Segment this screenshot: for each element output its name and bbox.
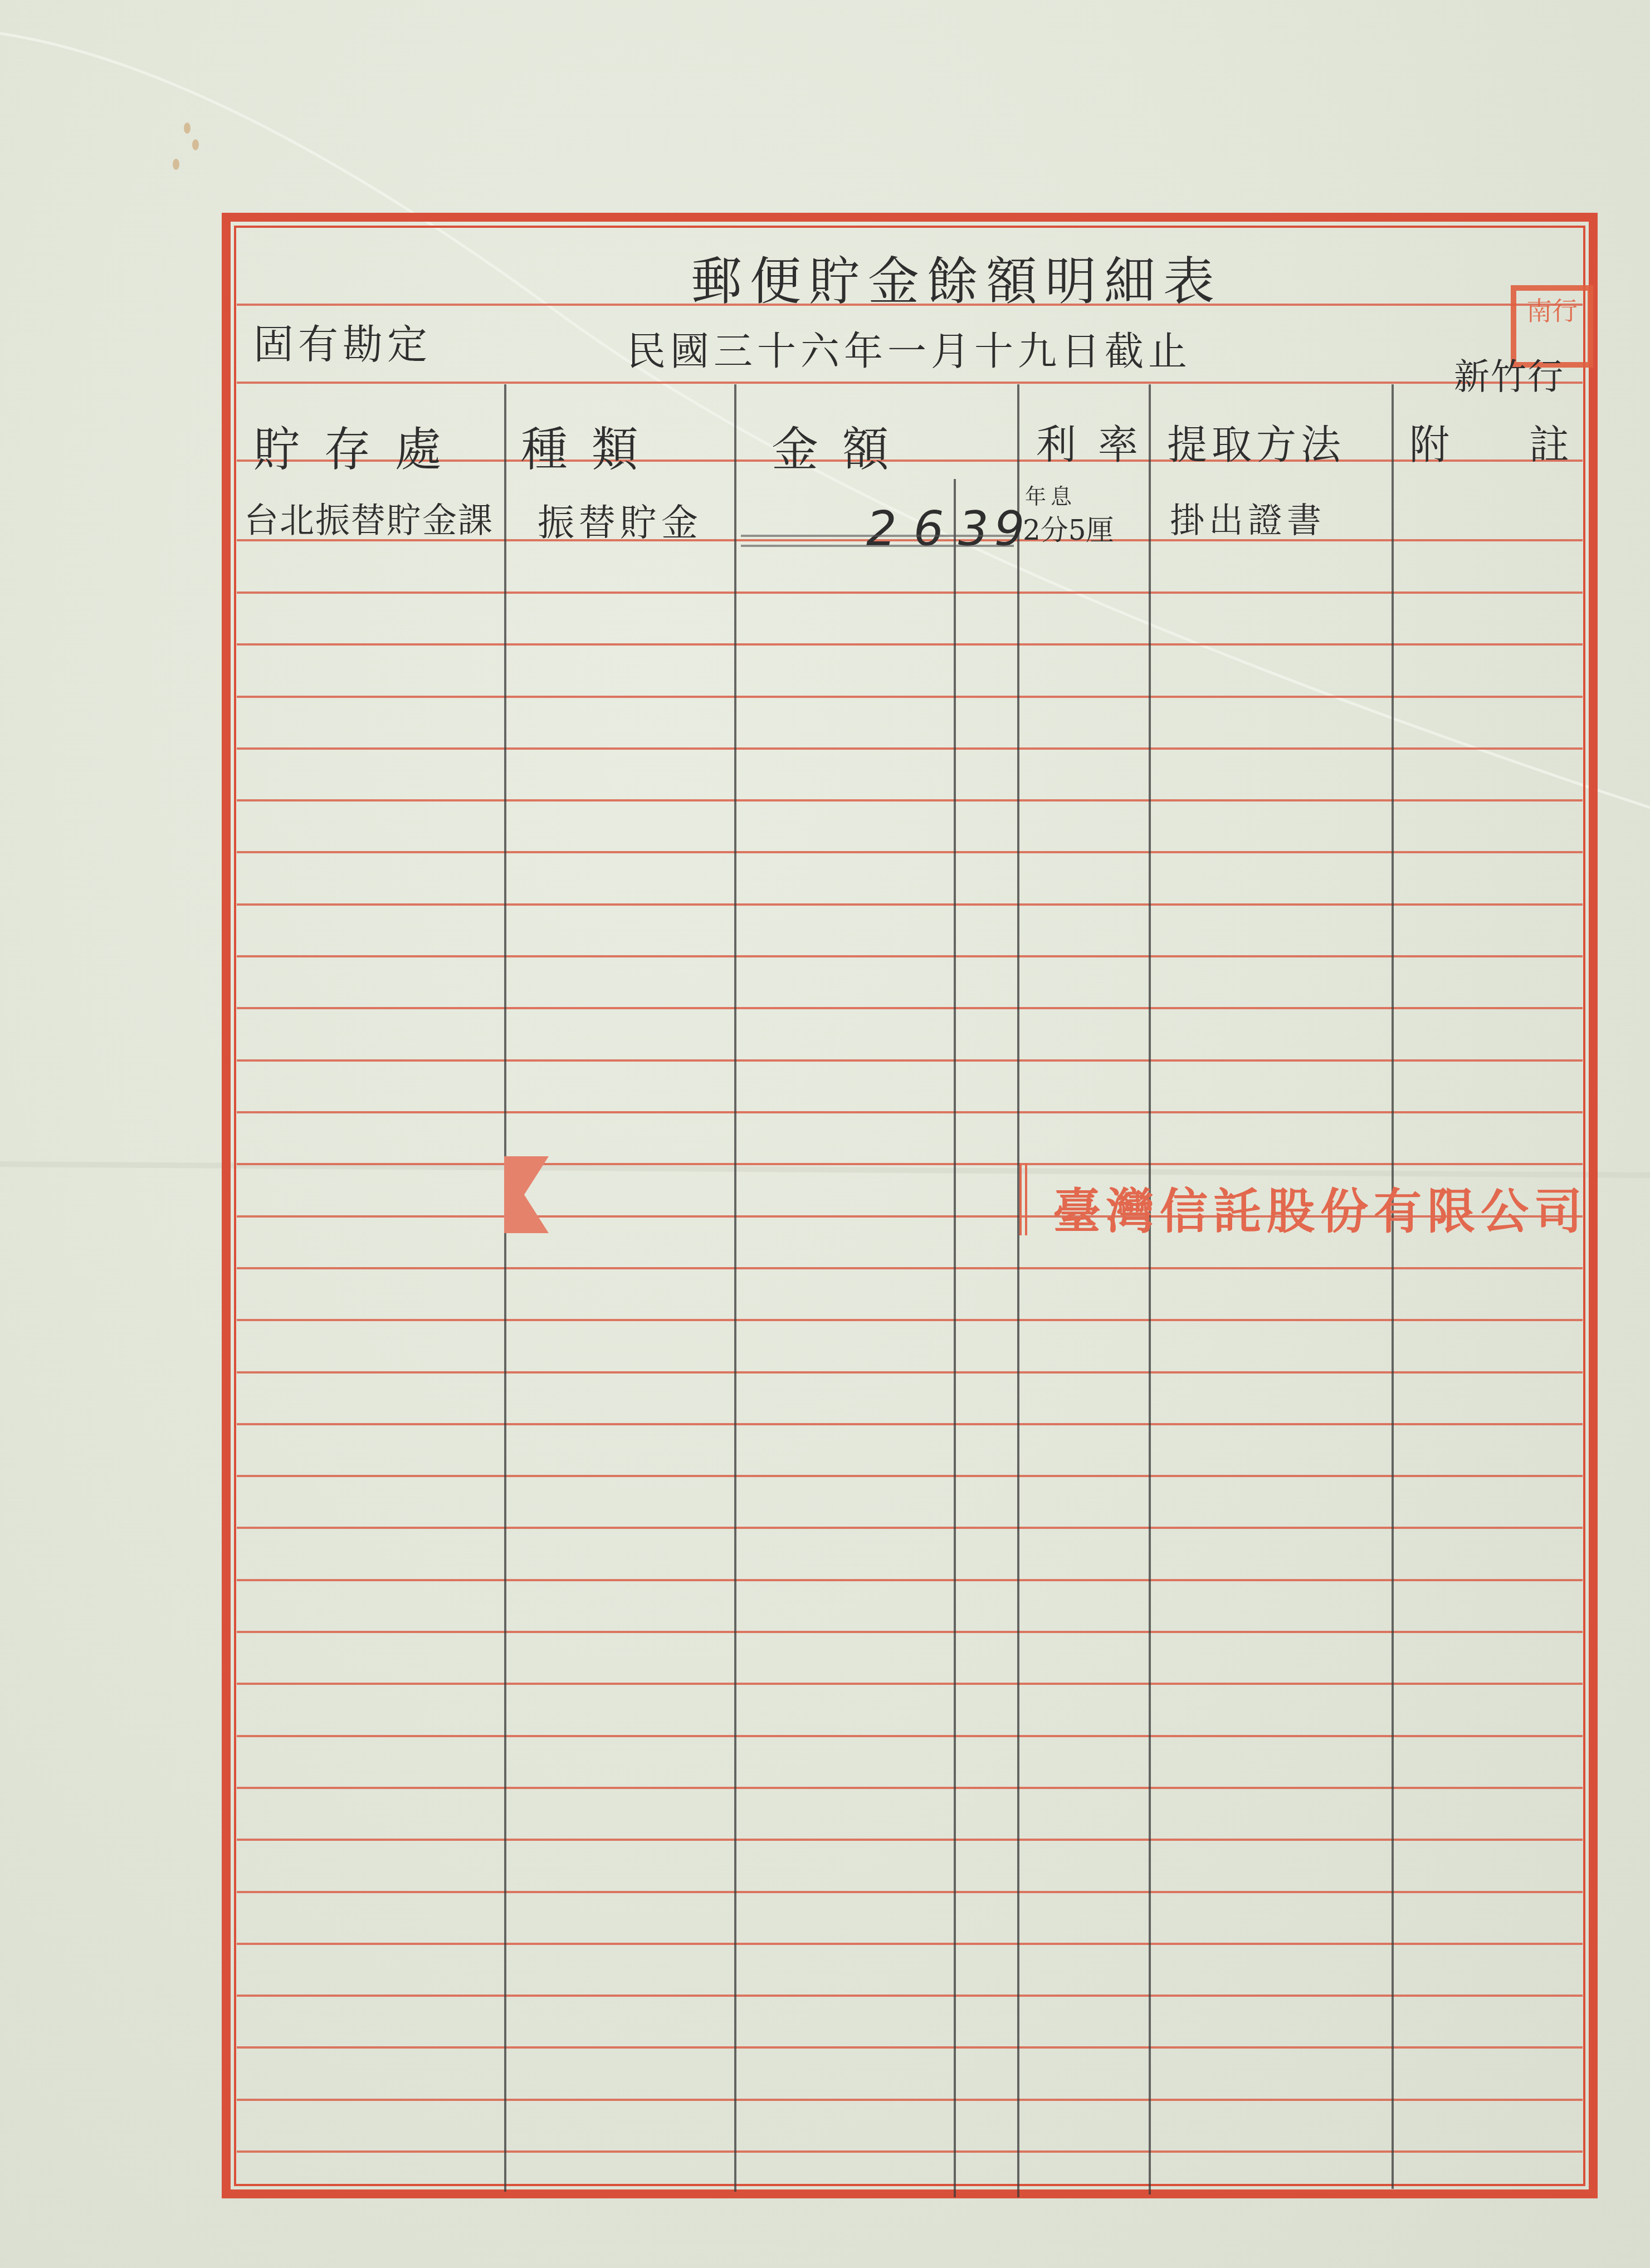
ruled-line (237, 1735, 1583, 1737)
ruled-line (237, 1891, 1583, 1893)
ruled-line (237, 2046, 1583, 2049)
ruled-line (237, 1579, 1583, 1581)
column-divider-rate (1149, 384, 1151, 2194)
ruled-line (237, 1839, 1583, 1841)
ruled-line (237, 747, 1583, 750)
ruled-line (237, 851, 1583, 853)
ruled-line (237, 1943, 1583, 1945)
ruled-line (237, 2099, 1583, 2101)
amount-double-underline (741, 535, 1014, 547)
date-line: 民國三十六年一月十九日截止 (627, 320, 1192, 377)
rust-stain (173, 159, 179, 170)
rust-stain (184, 123, 191, 134)
branch-signature: 新竹行 (1454, 348, 1564, 399)
cell-withdrawal: 掛出證書 (1170, 493, 1326, 542)
imprint-bracket (1019, 1163, 1027, 1235)
ruled-line (237, 903, 1583, 906)
header-type: 種 類 (521, 412, 643, 480)
column-divider-withdrawal (1392, 384, 1394, 2189)
ruled-line (237, 1371, 1583, 1373)
account-type-label: 固有勘定 (253, 312, 432, 370)
rust-stain (192, 139, 199, 150)
ruled-line (237, 592, 1583, 594)
column-divider-amount-decimal (954, 479, 956, 2197)
ruled-line (237, 2150, 1583, 2153)
ruled-line (237, 696, 1583, 698)
ruled-line (237, 382, 1583, 384)
ruled-line (237, 643, 1583, 646)
ruled-line (237, 1423, 1583, 1425)
document-title: 郵便貯金餘額明細表 (691, 241, 1222, 314)
ruled-line (237, 1007, 1583, 1009)
imprint-company-name: 臺灣信託股份有限公司 (1053, 1173, 1588, 1242)
column-divider-amount (1017, 384, 1019, 2197)
cell-rate: 2分5厘 (1023, 508, 1114, 548)
cell-rate-prefix: 年息 (1025, 479, 1076, 510)
header-rate: 利 率 (1036, 412, 1143, 470)
header-location: 貯 存 處 (253, 412, 446, 480)
cell-location: 台北振替貯金課 (244, 493, 494, 542)
ruled-line (237, 1111, 1583, 1113)
cell-amount-decimal: 39 (958, 501, 1030, 557)
cell-type: 振替貯金 (538, 493, 702, 546)
ruled-line (237, 1059, 1583, 1062)
ruled-line (237, 955, 1583, 957)
ruled-line (237, 1787, 1583, 1789)
ruled-line (237, 1527, 1583, 1529)
header-withdrawal: 提取方法 (1167, 412, 1345, 470)
ruled-line (237, 1683, 1583, 1685)
column-divider-type (734, 384, 736, 2192)
printer-imprint: 臺灣信託股份有限公司 (1019, 1163, 1585, 1235)
cell-amount-integer: 26 (866, 501, 960, 557)
ruled-line (237, 1267, 1583, 1269)
ruled-line (237, 1475, 1583, 1477)
ruled-line (237, 799, 1583, 801)
ruled-line (237, 1995, 1583, 1997)
ruled-line (237, 1631, 1583, 1633)
ruled-line (237, 1319, 1583, 1321)
header-notes: 附 註 (1409, 412, 1603, 470)
column-divider-location (504, 384, 506, 2192)
header-amount: 金 額 (772, 412, 894, 480)
